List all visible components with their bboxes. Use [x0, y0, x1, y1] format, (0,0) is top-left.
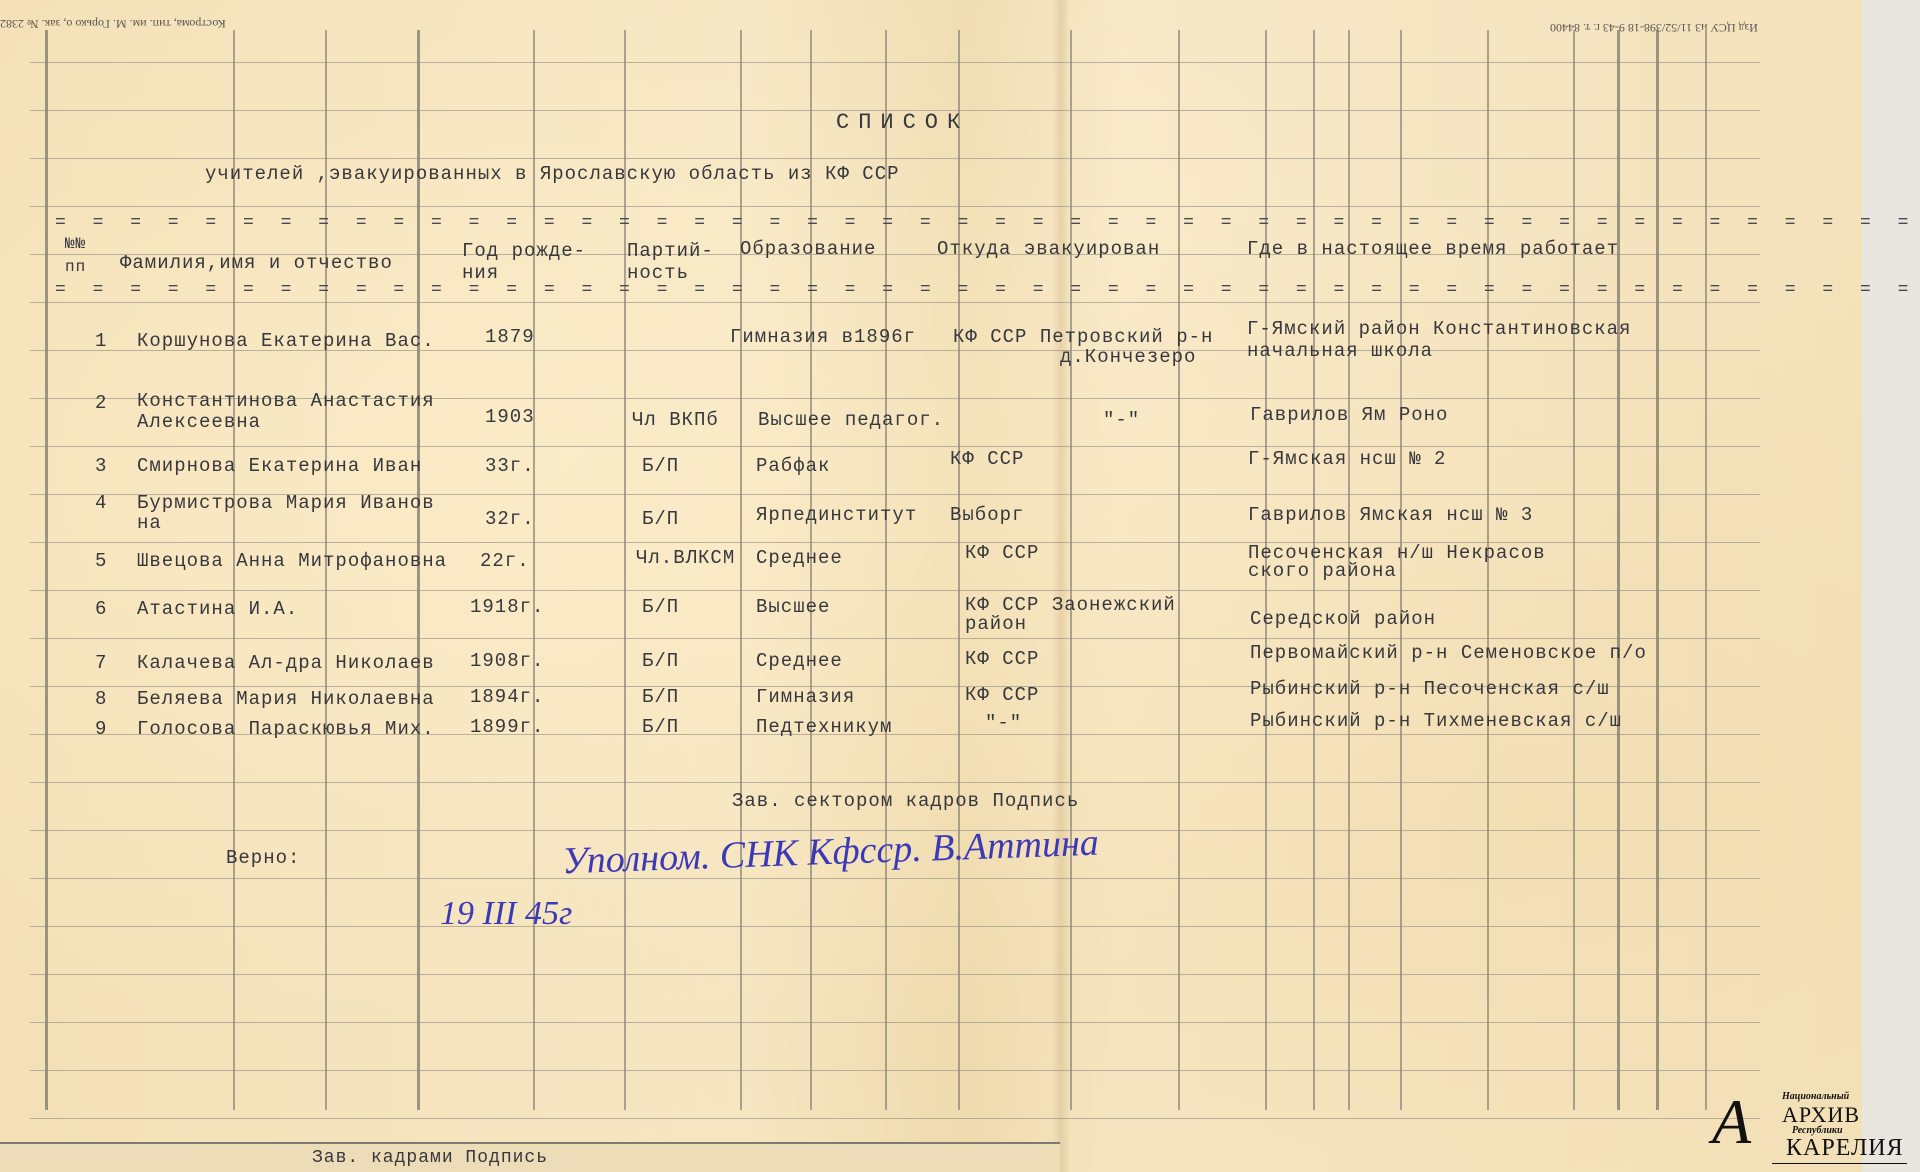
row-education: Среднее	[756, 650, 843, 672]
row-name: Константинова Анастастия	[137, 390, 435, 412]
row-number: 4	[95, 492, 107, 514]
logo-rule	[1772, 1163, 1907, 1164]
row-year: 22г.	[480, 550, 530, 572]
grid-vline	[1487, 30, 1489, 1110]
print-mark-right: Изд ЦСУ н3 11/52/398-18 9-43 г. т. 84400	[1550, 20, 1758, 35]
row-number: 8	[95, 688, 107, 710]
row-party: Б/П	[642, 596, 679, 618]
row-education: Гимназия в1896г	[730, 326, 916, 348]
row-work: Гаврилов Ям Роно	[1250, 404, 1448, 426]
row-name-2: на	[137, 512, 162, 534]
row-year: 1918г.	[470, 596, 544, 618]
grid-hline	[30, 590, 1760, 591]
grid-vline	[45, 30, 48, 1110]
col-header-party-2: ность	[627, 262, 689, 284]
row-from: КФ ССР	[965, 648, 1039, 670]
col-header-evacuated-from: Откуда эвакуирован	[937, 238, 1160, 260]
header-separator-bottom: = = = = = = = = = = = = = = = = = = = = …	[55, 280, 1920, 300]
col-header-number-2: пп	[65, 258, 86, 276]
row-year: 1879	[485, 326, 535, 348]
row-education: Гимназия	[756, 686, 855, 708]
row-work-2: начальная школа	[1247, 340, 1433, 362]
grid-vline	[1400, 30, 1402, 1110]
row-work: Гаврилов Ямская нсш № 3	[1248, 504, 1533, 526]
row-from: "-"	[1103, 409, 1140, 431]
row-work: Рыбинский р-н Песоченская с/ш	[1250, 678, 1610, 700]
row-number: 3	[95, 455, 107, 477]
grid-vline	[533, 30, 535, 1110]
logo-initial: A	[1712, 1085, 1751, 1159]
row-work: Г-Ямская нсш № 2	[1248, 448, 1446, 470]
scan-edge	[1862, 0, 1920, 1172]
grid-vline	[1656, 30, 1659, 1110]
col-header-birth-year: Год рожде-	[462, 240, 586, 262]
col-header-current-work: Где в настоящее время работает	[1247, 238, 1619, 260]
grid-vline	[1617, 30, 1620, 1110]
grid-hline	[30, 1022, 1760, 1023]
row-work: Середской район	[1250, 608, 1436, 630]
row-education: Ярпединститут	[756, 504, 917, 526]
row-year: 1894г.	[470, 686, 544, 708]
row-name: Беляева Мария Николаевна	[137, 688, 435, 710]
logo-line-1: Национальный	[1782, 1091, 1849, 1102]
row-name-2: Алексеевна	[137, 411, 261, 433]
document-title: СПИСОК	[836, 110, 969, 135]
row-from-2: район	[965, 613, 1027, 635]
row-party: Б/П	[642, 508, 679, 530]
row-year: 1903	[485, 406, 535, 428]
row-name: Бурмистрова Мария Иванов	[137, 492, 435, 514]
row-year: 1899г.	[470, 716, 544, 738]
row-name: Атастина И.А.	[137, 598, 298, 620]
grid-vline	[1178, 30, 1180, 1110]
row-from: "-"	[985, 712, 1022, 734]
row-number: 7	[95, 652, 107, 674]
row-name: Смирнова Екатерина Иван	[137, 455, 422, 477]
grid-hline	[30, 638, 1760, 639]
grid-vline	[1573, 30, 1575, 1110]
col-header-party: Партий-	[627, 240, 714, 262]
document-subtitle: учителей ,эвакуированных в Ярославскую о…	[205, 163, 900, 185]
grid-hline	[30, 1070, 1760, 1071]
row-education: Среднее	[756, 547, 843, 569]
grid-vline	[740, 30, 742, 1110]
row-name: Коршунова Екатерина Вас.	[137, 330, 435, 352]
row-work: Г-Ямский район Константиновская	[1247, 318, 1631, 340]
row-number: 9	[95, 718, 107, 740]
grid-hline	[30, 878, 1760, 879]
row-name: Калачева Ал-дра Николаев	[137, 652, 435, 674]
row-education: Педтехникум	[756, 716, 892, 738]
grid-hline	[30, 302, 1760, 303]
paper-fold	[1052, 0, 1070, 1172]
row-from: Выборг	[950, 504, 1024, 526]
row-year: 1908г.	[470, 650, 544, 672]
row-year: 33г.	[485, 455, 535, 477]
row-name: Швецова Анна Митрофановна	[137, 550, 447, 572]
row-education: Высшее	[756, 596, 830, 618]
grid-hline	[30, 782, 1760, 783]
row-party: Чл ВКПб	[632, 409, 719, 431]
row-party: Б/П	[642, 455, 679, 477]
col-header-birth-year-2: ния	[462, 262, 499, 284]
bottom-strip-signature-label: Зав. кадрами Подпись	[312, 1148, 548, 1168]
row-number: 5	[95, 550, 107, 572]
grid-hline	[30, 974, 1760, 975]
col-header-number: №№	[65, 235, 86, 253]
grid-vline	[1070, 30, 1072, 1110]
row-from: КФ ССР Петровский р-н	[953, 326, 1213, 348]
row-education: Рабфак	[756, 455, 830, 477]
sector-head-signature-label: Зав. сектором кадров Подпись	[732, 790, 1079, 812]
grid-vline	[885, 30, 887, 1110]
archive-logo: A Национальный АРХИВ Республики КАРЕЛИЯ	[1712, 1085, 1912, 1170]
grid-hline	[30, 206, 1760, 207]
grid-hline	[30, 158, 1760, 159]
row-number: 6	[95, 598, 107, 620]
col-header-name: Фамилия,имя и отчество	[120, 252, 393, 274]
row-party: Б/П	[642, 650, 679, 672]
row-work-2: ского района	[1248, 560, 1397, 582]
row-number: 2	[95, 392, 107, 414]
row-from: КФ ССР	[965, 542, 1039, 564]
row-from-2: д.Кончезеро	[1060, 346, 1196, 368]
handwritten-date: 19 III 45г	[440, 895, 572, 933]
grid-hline	[30, 446, 1760, 447]
row-party: Чл.ВЛКСМ	[636, 547, 735, 569]
row-party: Б/П	[642, 686, 679, 708]
row-number: 1	[95, 330, 107, 352]
col-header-education: Образование	[740, 238, 876, 260]
grid-vline	[1705, 30, 1707, 1110]
row-from: КФ ССР	[950, 448, 1024, 470]
row-work: Первомайский р-н Семеновское п/о	[1250, 642, 1647, 664]
grid-hline	[30, 62, 1760, 63]
row-name: Голосова Параскювья Мих.	[137, 718, 435, 740]
grid-vline	[624, 30, 626, 1110]
grid-vline	[810, 30, 812, 1110]
row-year: 32г.	[485, 508, 535, 530]
row-education: Высшее педагог.	[758, 409, 944, 431]
header-separator-top: = = = = = = = = = = = = = = = = = = = = …	[55, 213, 1920, 233]
grid-hline	[30, 1118, 1760, 1119]
logo-line-4: КАРЕЛИЯ	[1786, 1135, 1904, 1162]
row-from: КФ ССР	[965, 684, 1039, 706]
verno-label: Верно:	[226, 847, 300, 869]
grid-vline	[958, 30, 960, 1110]
row-party: Б/П	[642, 716, 679, 738]
row-work: Рыбинский р-н Тихменевская с/ш	[1250, 710, 1622, 732]
grid-hline	[30, 926, 1760, 927]
print-mark-left: Кострома, тип. им. М. Горько о, зак. № 2…	[0, 16, 226, 31]
